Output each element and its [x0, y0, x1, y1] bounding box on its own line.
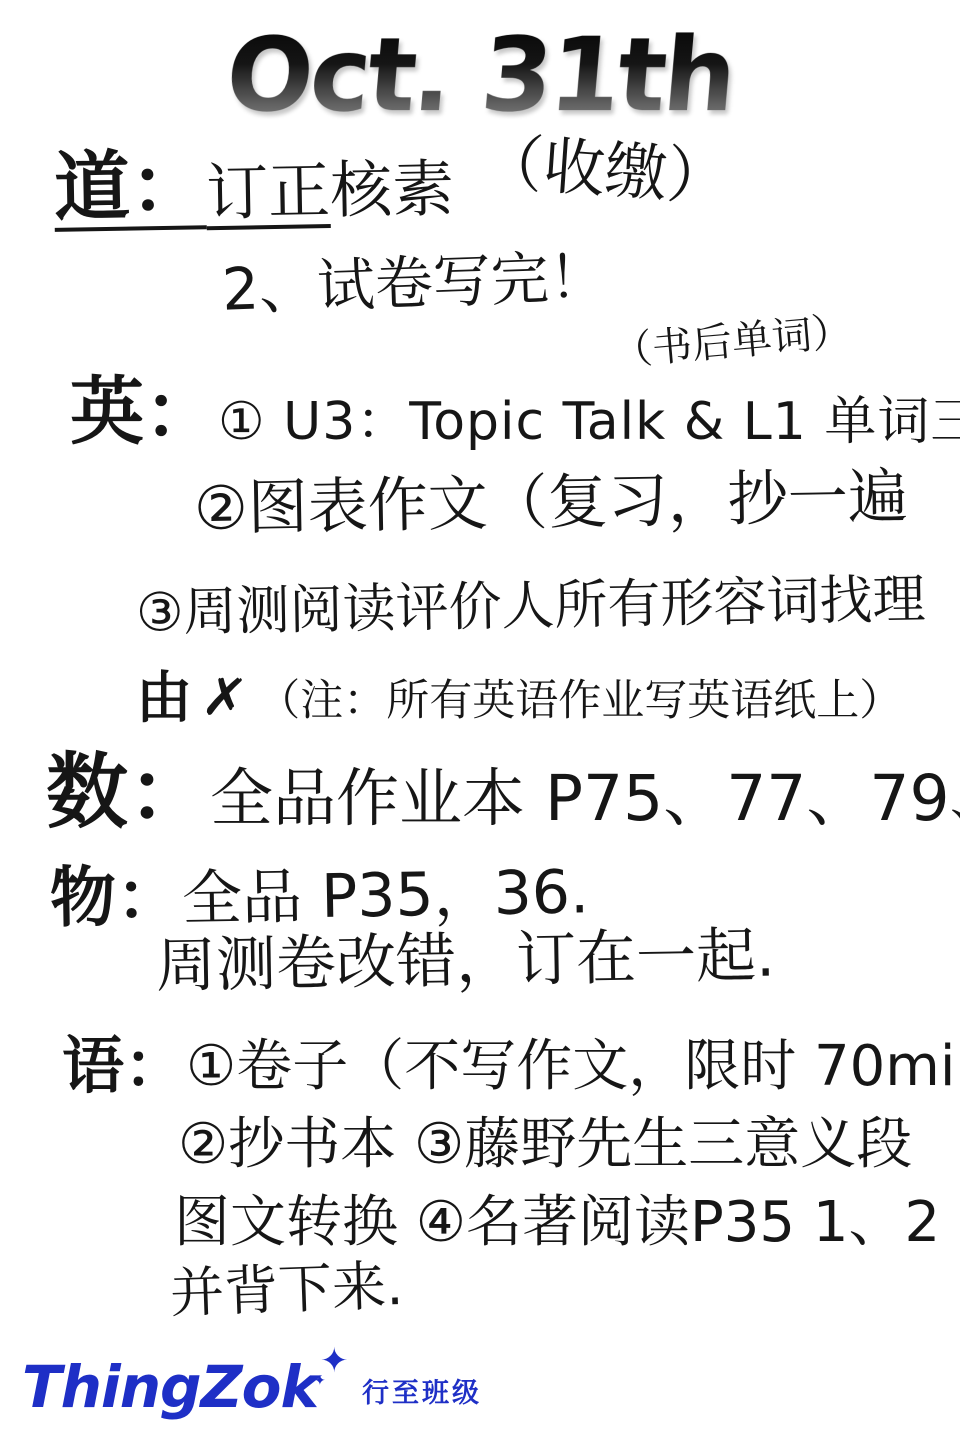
english-annotation: （书后单词）: [611, 310, 854, 375]
brand-tagline: 行至班级: [362, 1371, 482, 1410]
eng-line-continuation: 由: [136, 668, 192, 730]
crossed-out-mark: ✗: [199, 666, 250, 730]
dao-task-paren: （收缴）: [479, 128, 731, 213]
homework-line-chin-4: 并背下来.: [169, 1256, 404, 1323]
subject-label-math: 数：: [46, 748, 210, 838]
sparkle-icon: ✦ ✦: [318, 1352, 358, 1416]
homework-line-phys-2: 周测卷改错，订在一起.: [155, 923, 775, 1000]
homework-line-eng-3: ③周测阅读评价人所有形容词找理: [136, 571, 926, 643]
subject-label-english: 英：: [70, 372, 218, 453]
date-title: Oct. 31th: [0, 16, 960, 135]
subject-label-chinese: 语：: [62, 1032, 186, 1100]
homework-line-chin-1: 语： ①卷子（不写作文，限时 70min）: [62, 1032, 960, 1100]
footer-logo: ThingZok ✦ ✦ 行至班级: [22, 1352, 482, 1416]
subject-label-physics: 物：: [49, 860, 182, 935]
homework-line-dao-1: 道： 订正核素 （收缴）: [53, 134, 728, 230]
homework-line-eng-4: 由 ✗ （注：所有英语作业写英语纸上）: [136, 668, 902, 730]
brand-wordmark: ThingZok: [22, 1358, 318, 1416]
homework-line-dao-2: 2、试卷写完！: [221, 245, 608, 322]
subject-label-dao: 道：: [53, 143, 206, 229]
dao-task-text: 订正核素: [206, 155, 455, 228]
homework-line-chin-2: ②抄书本 ③藤野先生三意义段: [178, 1114, 912, 1176]
handwritten-homework-note: Oct. 31th 道： 订正核素 （收缴） 2、试卷写完！ （书后单词） 英：…: [0, 0, 960, 1438]
homework-line-phys-1: 物： 全品 P35，36.: [49, 853, 589, 935]
eng-note: （注：所有英语作业写英语纸上）: [257, 678, 902, 725]
homework-line-eng-2: ②图表作文（复习，抄一遍: [193, 464, 908, 542]
homework-line-chin-3: 图文转换 ④名著阅读P35 1、2: [174, 1192, 940, 1254]
homework-line-eng-1: 英： ① U3：Topic Talk & L1 单词三英一书: [70, 372, 960, 453]
homework-line-math-1: 数： 全品作业本 P75、77、79、83页.: [46, 748, 960, 838]
